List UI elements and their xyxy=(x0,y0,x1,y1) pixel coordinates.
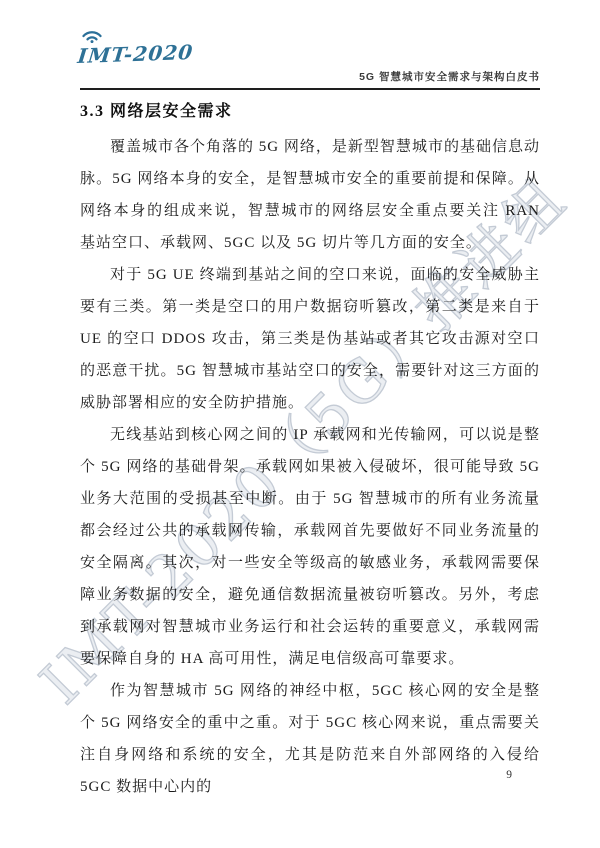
paragraph-3: 无线基站到核心网之间的 IP 承载网和光传输网，可以说是整个 5G 网络的基础骨… xyxy=(80,419,540,675)
paragraph-4: 作为智慧城市 5G 网络的神经中枢，5GC 核心网的安全是整个 5G 网络安全的… xyxy=(80,675,540,803)
imt-2020-logo: IMT-2020 xyxy=(78,28,193,66)
paragraph-1: 覆盖城市各个角落的 5G 网络，是新型智慧城市的基础信息动脉。5G 网络本身的安… xyxy=(80,131,540,259)
page-header: IMT-2020 5G 智慧城市安全需求与架构白皮书 xyxy=(0,0,600,88)
paragraph-2: 对于 5G UE 终端到基站之间的空口来说，面临的安全威胁主要有三类。第一类是空… xyxy=(80,259,540,419)
document-header-title: 5G 智慧城市安全需求与架构白皮书 xyxy=(359,69,540,84)
document-page: IMT-2020（5G）推进组 IMT-2020 5G 智慧城市安全需求与架构白… xyxy=(0,0,600,848)
body-text: 覆盖城市各个角落的 5G 网络，是新型智慧城市的基础信息动脉。5G 网络本身的安… xyxy=(80,131,540,803)
wifi-signal-icon xyxy=(81,28,103,43)
logo-wordmark: IMT-2020 xyxy=(76,40,194,68)
section-heading: 3.3 网络层安全需求 xyxy=(80,98,540,121)
header-divider xyxy=(80,88,540,90)
